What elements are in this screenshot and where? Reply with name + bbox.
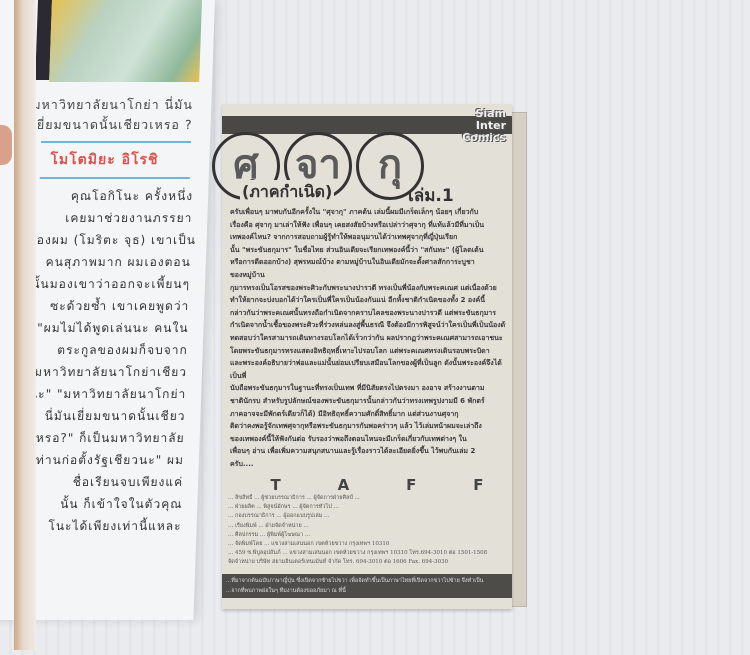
right-comic-page: Siam Inter Comics ศุ จา กุ (ภาคกำเนิด) เ… [222, 104, 512, 609]
intro-line: กำเนิดจากน้ำเชื้อของพระศิวะที่ร่วงหล่นลง… [230, 319, 506, 332]
intro-line: โดยพระขันธกุมารทรงแสดงอิทธิฤทธิ์เหาะไปรอ… [230, 345, 506, 358]
body-line: คนสุภาพมาก ผมเองตอน [26, 251, 197, 273]
staff-heading: T A F F [222, 476, 512, 494]
intro-line: นับถือพระขันธกุมารในฐานะที่ทรงเป็นเทพ ที… [230, 382, 506, 395]
body-line: นะ" "มหาวิทยาลัยนาโกย่า [22, 383, 193, 405]
intro-line: ภาคอาจจะมีพักตร์เดียวก็ได้) มีอิทธิฤทธิ์… [230, 408, 506, 421]
credit-line: ... เรียงพิมพ์ ... ฝ่ายจัดจำหน่าย ... [228, 522, 508, 531]
credit-line: ... ลิขสิทธิ์ ... ผู้ช่วยบรรณาธิการ ... … [228, 494, 508, 503]
character-photo [49, 0, 202, 82]
body-line: เหรอ?" ก็เป็นมหาวิทยาลัย [20, 427, 191, 449]
body-line: ของผม (โมริตะ จุธ) เขาเป็น [27, 229, 198, 251]
volume-label: เล่ม.1 [408, 182, 454, 209]
accent-rule [41, 141, 191, 143]
intro-line: ชาตินักรบ สำหรับรูปลักษณ์ของพระขันธกุมาร… [230, 395, 506, 408]
credit-line: จัดจำหน่าย บริษัท สยามอินเตอร์เทนเม้นท์ … [228, 558, 508, 567]
intro-line: กุมารทรงเป็นโอรสของพระศิวะกับพระนางปารวต… [230, 282, 506, 295]
body-line: คุณโอกิโนะ ครั้งหนึ่ง [29, 185, 200, 207]
intro-line: นั้น "พระขันธกุมาร" ในชื่อไทย ส่วนอินเดี… [230, 244, 506, 257]
intro-line: เรื่องคือ ศุจากุ มาเล่าให้ฟัง เพื่อนๆ เค… [230, 219, 506, 232]
intro-line: ของเทพองค์นี้ให้ฟังกันต่อ รับรองว่าพอถึง… [230, 433, 506, 446]
caption-line: เยี่ยมขนาดนั้นเชียวเหรอ ? [31, 115, 202, 135]
body-line: ตระกูลของผมก็จบจาก [23, 339, 194, 361]
intro-line: ทำให้ยากจะบ่งบอกได้ว่าใครเป็นพี่ใครเป็นน… [230, 294, 506, 307]
body-line: ชื่อเรียนจบเพียงแค่ [19, 471, 190, 493]
caption-line: มหาวิทยาลัยนาโกย่า นี่มัน [32, 95, 203, 115]
subtitle: (ภาคกำเนิด) [240, 180, 334, 205]
credit-line: ... ศิลปกรรม ... ผู้พิมพ์ผู้โฆษณา ... [228, 531, 508, 540]
finger [0, 125, 12, 165]
intro-line: ของหมู่บ้าน [230, 269, 506, 282]
footer-band: ...ที่มาจากต้นฉบับภาษาญี่ปุ่น ซึ่งเปิดจา… [222, 574, 512, 598]
credit-line: ... 459 ซ.พิบูลอุปถัมภ์ ... แขวงสามเสนนอ… [228, 549, 508, 558]
book-spine [14, 0, 36, 650]
intro-line: เทพองค์ไหน? จากการสอบถามผู้รู้ทำให้พออนุ… [230, 231, 506, 244]
body-line: ซะด้วยซ้ำ เขาเคยพูดว่า [25, 295, 196, 317]
intro-text: ครับเพื่อนๆ มาพบกันอีกครั้งใน "ศุจากุ" ภ… [230, 206, 506, 470]
left-page-text: มหาวิทยาลัยนาโกย่า นี่มัน เยี่ยมขนาดนั้น… [17, 95, 202, 537]
speaker-name: โมโตมิยะ อิโรชิ [30, 149, 201, 171]
body-line: นั้นมองเขาว่าออกจะเพี้ยนๆ [26, 273, 197, 295]
staff-letter: A [338, 476, 350, 494]
footer-note: ...ที่มาจากต้นฉบับภาษาญี่ปุ่น ซึ่งเปิดจา… [226, 576, 508, 586]
intro-line: เป็นพี่ [230, 370, 506, 383]
intro-line: หรือการดีดออกบ้าง) สุพรหมณ์บ้าง ตามหมู่บ… [230, 256, 506, 269]
staff-letter: F [406, 476, 416, 494]
intro-line: ติดว่าคงพอรู้จักเทพศุจากุหรือพระขันธกุมา… [230, 420, 506, 433]
staff-letter: T [270, 476, 280, 494]
credit-line: ... จัดพิมพ์โดย ... แขวงสามเสนนอก เขตห้ว… [228, 540, 508, 549]
body-line: เคยมาช่วยงานภรรยา [28, 207, 199, 229]
intro-line: และพระองค์อธิบายว่าพ่อและแม่นั้นย่อมเปรี… [230, 357, 506, 370]
credit-line: ... กองบรรณาธิการ ... ผู้ออกแบบรูปเล่ม .… [228, 512, 508, 521]
staff-credits: ... ลิขสิทธิ์ ... ผู้ช่วยบรรณาธิการ ... … [228, 494, 508, 568]
intro-line: เพื่อนๆ อ่าน เพื่อเพิ่มความสนุกสนานและรู… [230, 445, 506, 458]
intro-line: ครับเพื่อนๆ มาพบกันอีกครั้งใน "ศุจากุ" ภ… [230, 206, 506, 219]
body-line: ท่านก่อตั้งรัฐเชียวนะ" ผม [20, 449, 191, 471]
title-logo: ศุ จา กุ (ภาคกำเนิด) เล่ม.1 [212, 132, 512, 202]
footer-note: ...จากที่พบภาพย่อในๆ ทีมงานต้องขออภัยมา … [226, 586, 508, 596]
credit-line: ... ฝ่ายผลิต ... พิสูจน์อักษร ... ผู้จัด… [228, 503, 508, 512]
intro-line: ครับ.... [230, 458, 506, 471]
body-line: นี่มันเยี่ยมขนาดนั้นเชียว [21, 405, 192, 427]
body-line: "ผมไม่ได้พูดเล่นนะ คนใน [24, 317, 195, 339]
body-line: โนะได้เพียงเท่านี้แหละ [17, 515, 188, 537]
body-line: นั้น ก็เข้าใจในตัวคุณ [18, 493, 189, 515]
intro-line: กล่าวกันว่าพระคเณศนั้นทรงถือกำเนิดจากครา… [230, 307, 506, 320]
body-line: มหาวิทยาลัยนาโกย่าเชียว [23, 361, 194, 383]
staff-letter: F [473, 476, 483, 494]
intro-line: ทดสอบว่าใครสามารถเดินทางรอบโลกได้เร็วกว่… [230, 332, 506, 345]
accent-rule [40, 177, 190, 179]
